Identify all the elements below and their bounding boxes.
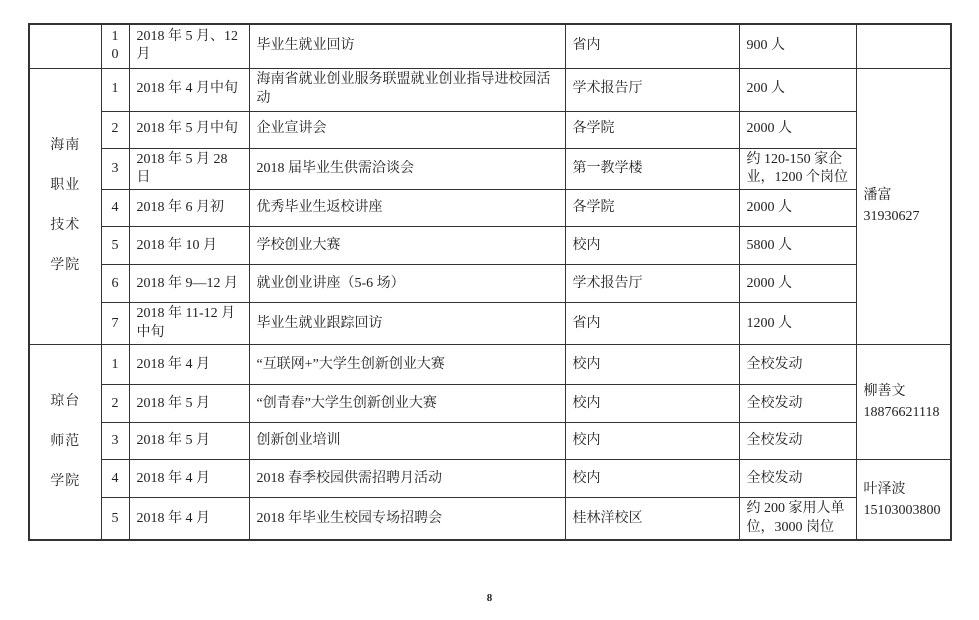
cell-scale: 900 人 bbox=[739, 24, 856, 68]
cell-date: 2018 年 4 月 bbox=[129, 460, 249, 498]
cell-location: 校内 bbox=[565, 345, 739, 385]
schedule-table: 102018 年 5 月、12 月毕业生就业回访省内900 人海南职业技术学院1… bbox=[28, 23, 952, 541]
cell-event: 2018 年毕业生校园专场招聘会 bbox=[249, 498, 565, 540]
cell-event: 就业创业讲座（5-6 场） bbox=[249, 265, 565, 303]
cell-location: 学术报告厅 bbox=[565, 265, 739, 303]
cell-location: 学术报告厅 bbox=[565, 68, 739, 111]
school-name-line: 师范 bbox=[37, 422, 94, 462]
cell-event: 海南省就业创业服务联盟就业创业指导进校园活动 bbox=[249, 68, 565, 111]
contact-phone: 31930627 bbox=[864, 206, 944, 227]
cell-event: 2018 届毕业生供需洽谈会 bbox=[249, 148, 565, 190]
cell-index: 3 bbox=[101, 423, 129, 460]
cell-date: 2018 年 5 月 bbox=[129, 385, 249, 423]
school-name-line: 学院 bbox=[37, 462, 94, 502]
school-cell bbox=[29, 24, 101, 68]
cell-location: 校内 bbox=[565, 227, 739, 265]
cell-index: 5 bbox=[101, 227, 129, 265]
cell-scale: 2000 人 bbox=[739, 111, 856, 148]
cell-date: 2018 年 9—12 月 bbox=[129, 265, 249, 303]
contact-name: 叶泽波 bbox=[864, 479, 944, 500]
cell-index: 2 bbox=[101, 385, 129, 423]
cell-location: 校内 bbox=[565, 423, 739, 460]
document-page: 102018 年 5 月、12 月毕业生就业回访省内900 人海南职业技术学院1… bbox=[0, 0, 979, 620]
cell-date: 2018 年 5 月 28 日 bbox=[129, 148, 249, 190]
cell-scale: 约 120-150 家企业，1200 个岗位 bbox=[739, 148, 856, 190]
contact-cell bbox=[856, 24, 951, 68]
school-cell: 琼台师范学院 bbox=[29, 345, 101, 540]
cell-event: 学校创业大赛 bbox=[249, 227, 565, 265]
cell-index: 4 bbox=[101, 190, 129, 227]
cell-scale: 全校发动 bbox=[739, 460, 856, 498]
table-row: 琼台师范学院12018 年 4 月“互联网+”大学生创新创业大赛校内全校发动柳善… bbox=[29, 345, 951, 385]
contact-phone: 15103003800 bbox=[864, 500, 944, 521]
contact-phone: 18876621118 bbox=[864, 402, 944, 423]
table-row: 52018 年 10 月学校创业大赛校内5800 人 bbox=[29, 227, 951, 265]
page-number: 8 bbox=[0, 592, 979, 604]
cell-date: 2018 年 4 月中旬 bbox=[129, 68, 249, 111]
cell-event: 2018 春季校园供需招聘月活动 bbox=[249, 460, 565, 498]
table-row: 32018 年 5 月 28 日2018 届毕业生供需洽谈会第一教学楼约 120… bbox=[29, 148, 951, 190]
cell-location: 校内 bbox=[565, 460, 739, 498]
cell-event: “互联网+”大学生创新创业大赛 bbox=[249, 345, 565, 385]
cell-scale: 2000 人 bbox=[739, 265, 856, 303]
contact-cell: 柳善文18876621118 bbox=[856, 345, 951, 460]
cell-event: 毕业生就业跟踪回访 bbox=[249, 303, 565, 345]
cell-date: 2018 年 5 月 bbox=[129, 423, 249, 460]
cell-location: 各学院 bbox=[565, 190, 739, 227]
cell-event: 企业宣讲会 bbox=[249, 111, 565, 148]
table-row: 62018 年 9—12 月就业创业讲座（5-6 场）学术报告厅2000 人 bbox=[29, 265, 951, 303]
cell-date: 2018 年 4 月 bbox=[129, 345, 249, 385]
cell-location: 各学院 bbox=[565, 111, 739, 148]
cell-scale: 全校发动 bbox=[739, 423, 856, 460]
table-row: 32018 年 5 月创新创业培训校内全校发动 bbox=[29, 423, 951, 460]
cell-index: 5 bbox=[101, 498, 129, 540]
cell-location: 省内 bbox=[565, 303, 739, 345]
cell-event: 毕业生就业回访 bbox=[249, 24, 565, 68]
cell-scale: 约 200 家用人单位，3000 岗位 bbox=[739, 498, 856, 540]
school-name-line: 学院 bbox=[37, 246, 94, 286]
school-cell: 海南职业技术学院 bbox=[29, 68, 101, 345]
cell-event: 优秀毕业生返校讲座 bbox=[249, 190, 565, 227]
table-row: 42018 年 4 月2018 春季校园供需招聘月活动校内全校发动叶泽波1510… bbox=[29, 460, 951, 498]
cell-location: 校内 bbox=[565, 385, 739, 423]
school-name-line: 职业 bbox=[37, 166, 94, 206]
cell-date: 2018 年 10 月 bbox=[129, 227, 249, 265]
contact-name: 潘富 bbox=[864, 185, 944, 206]
school-name-line: 海南 bbox=[37, 126, 94, 166]
cell-location: 桂林洋校区 bbox=[565, 498, 739, 540]
school-name-line: 琼台 bbox=[37, 382, 94, 422]
cell-index: 6 bbox=[101, 265, 129, 303]
table-row: 22018 年 5 月“创青春”大学生创新创业大赛校内全校发动 bbox=[29, 385, 951, 423]
cell-index: 10 bbox=[101, 24, 129, 68]
contact-name: 柳善文 bbox=[864, 381, 944, 402]
cell-date: 2018 年 5 月中旬 bbox=[129, 111, 249, 148]
cell-scale: 全校发动 bbox=[739, 345, 856, 385]
cell-index: 2 bbox=[101, 111, 129, 148]
cell-index: 7 bbox=[101, 303, 129, 345]
cell-index: 4 bbox=[101, 460, 129, 498]
cell-date: 2018 年 11-12 月中旬 bbox=[129, 303, 249, 345]
contact-cell: 潘富31930627 bbox=[856, 68, 951, 345]
cell-index: 3 bbox=[101, 148, 129, 190]
contact-cell: 叶泽波15103003800 bbox=[856, 460, 951, 540]
cell-date: 2018 年 4 月 bbox=[129, 498, 249, 540]
cell-scale: 200 人 bbox=[739, 68, 856, 111]
cell-event: 创新创业培训 bbox=[249, 423, 565, 460]
table-row: 52018 年 4 月2018 年毕业生校园专场招聘会桂林洋校区约 200 家用… bbox=[29, 498, 951, 540]
cell-scale: 全校发动 bbox=[739, 385, 856, 423]
cell-location: 省内 bbox=[565, 24, 739, 68]
cell-event: “创青春”大学生创新创业大赛 bbox=[249, 385, 565, 423]
cell-scale: 2000 人 bbox=[739, 190, 856, 227]
school-name-line: 技术 bbox=[37, 206, 94, 246]
table-body: 102018 年 5 月、12 月毕业生就业回访省内900 人海南职业技术学院1… bbox=[29, 24, 951, 540]
cell-scale: 5800 人 bbox=[739, 227, 856, 265]
table-row: 72018 年 11-12 月中旬毕业生就业跟踪回访省内1200 人 bbox=[29, 303, 951, 345]
cell-index: 1 bbox=[101, 68, 129, 111]
cell-index: 1 bbox=[101, 345, 129, 385]
cell-date: 2018 年 5 月、12 月 bbox=[129, 24, 249, 68]
cell-location: 第一教学楼 bbox=[565, 148, 739, 190]
cell-scale: 1200 人 bbox=[739, 303, 856, 345]
table-row: 102018 年 5 月、12 月毕业生就业回访省内900 人 bbox=[29, 24, 951, 68]
table-row: 22018 年 5 月中旬企业宣讲会各学院2000 人 bbox=[29, 111, 951, 148]
table-row: 海南职业技术学院12018 年 4 月中旬海南省就业创业服务联盟就业创业指导进校… bbox=[29, 68, 951, 111]
cell-date: 2018 年 6 月初 bbox=[129, 190, 249, 227]
table-row: 42018 年 6 月初优秀毕业生返校讲座各学院2000 人 bbox=[29, 190, 951, 227]
